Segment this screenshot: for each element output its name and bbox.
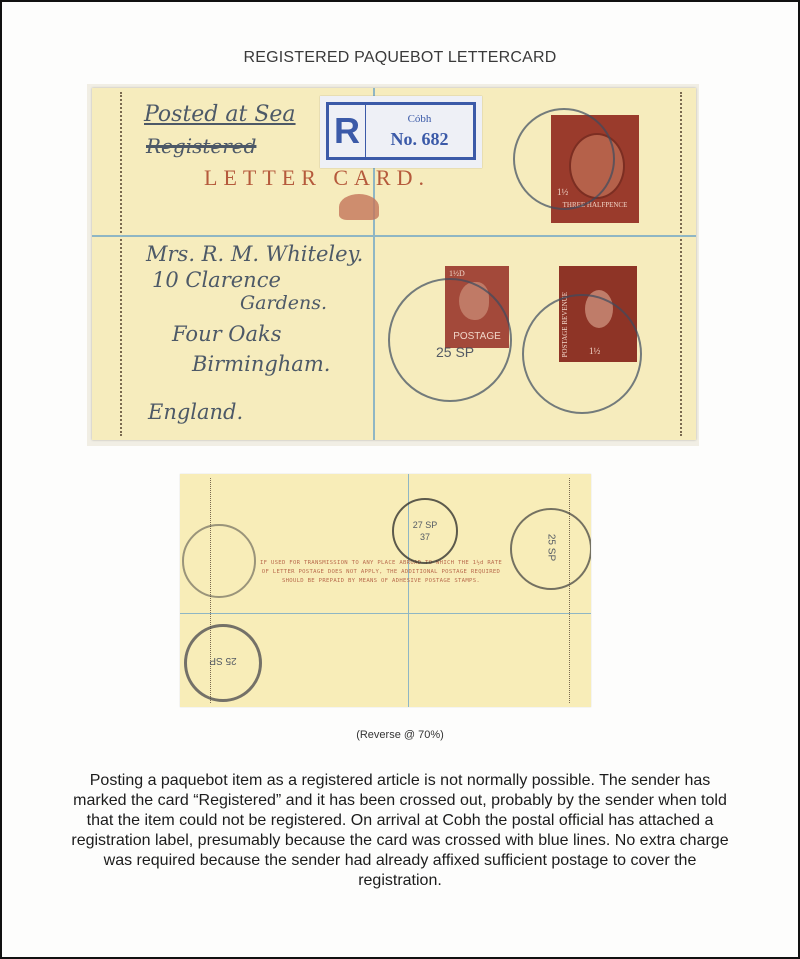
postmark-sutton-coldfield: 27 SP 37 [392,498,458,564]
address-line: England. [148,400,243,424]
registration-number: No. 682 [391,129,449,150]
perforation-left [120,92,122,436]
postmark-cobh [182,524,256,598]
royal-crest-icon [339,194,379,220]
address-line: Four Oaks [172,322,282,346]
postmark-paquebot-cobh: 25 SP [510,508,591,590]
postmark-paquebot-cobh [388,278,512,402]
address-line: Birmingham. [192,352,330,376]
stamp-denomination: 1½D [449,269,465,278]
reverse-caption: (Reverse @ 70%) [0,729,800,741]
description-paragraph: Posting a paquebot item as a registered … [62,771,738,891]
registration-office: Cóbh [408,113,432,125]
address-line: Gardens. [240,292,327,314]
address-line: Mrs. R. M. Whiteley. [146,242,363,266]
reverse-lettercard: IF USED FOR TRANSMISSION TO ANY PLACE AB… [180,474,591,707]
page-title: REGISTERED PAQUEBOT LETTERCARD [0,49,800,67]
printed-notice: IF USED FOR TRANSMISSION TO ANY PLACE AB… [216,559,546,586]
address-line: 10 Clarence [152,268,281,292]
postmark-paquebot-cobh [513,108,615,210]
registration-letter: R [329,105,366,157]
registered-crossed-annotation: Registered [146,134,256,158]
front-lettercard: Posted at Sea Registered LETTER CARD. R … [92,88,696,440]
postmark-paquebot-cobh: 25 SP [184,624,262,702]
perforation-right [680,92,682,436]
blue-crossing-horizontal [92,235,696,237]
posted-at-sea-annotation: Posted at Sea [144,102,296,127]
postmark-paquebot-cobh [522,294,642,414]
registration-label: R Cóbh No. 682 [320,96,482,168]
blue-crossing-horizontal [180,613,591,614]
postmark-date: 25 SP [436,344,474,360]
lettercard-heading: LETTER CARD. [204,165,430,191]
